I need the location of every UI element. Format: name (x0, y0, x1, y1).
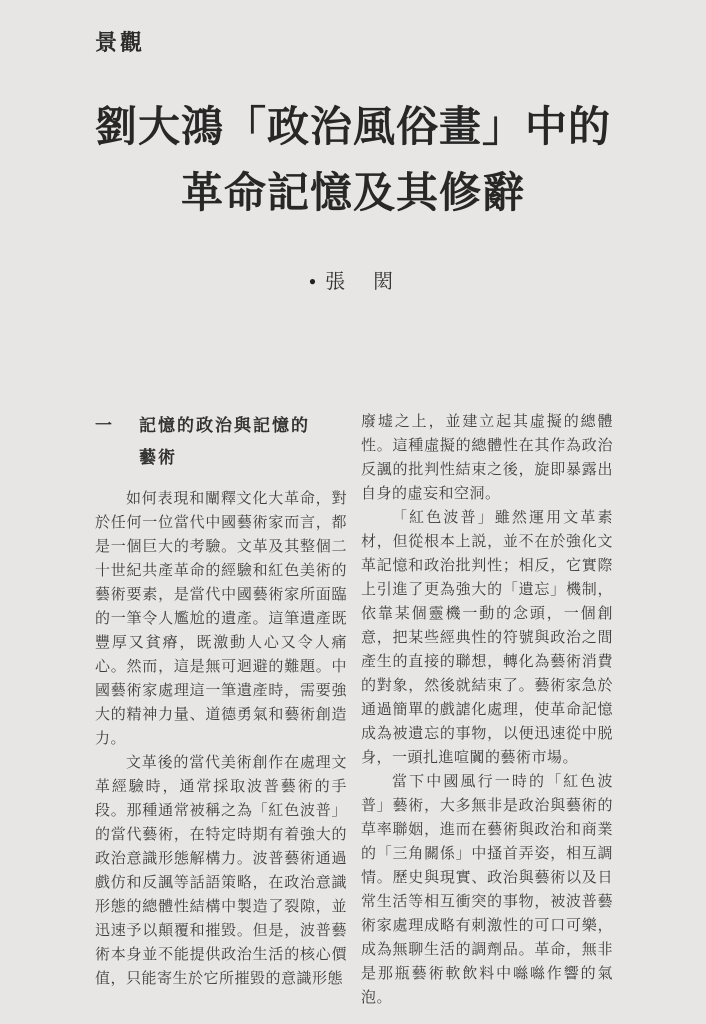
paragraph: 文革後的當代美術創作在處理文革經驗時，通常採取波普藝術的手段。那種通常被稱之為「… (95, 751, 347, 991)
article-title: 劉大鴻「政治風俗畫」中的 革命記憶及其修辭 (0, 95, 706, 227)
article-title-line-1: 劉大鴻「政治風俗畫」中的 (0, 95, 706, 161)
article-body: 一 記憶的政治與記憶的 藝術 如何表現和闡釋文化大革命，對於任何一位當代中國藝術… (95, 410, 613, 1010)
section-heading-number: 一 (95, 410, 139, 474)
right-column: 廢墟之上，並建立起其虛擬的總體性。這種虛擬的總體性在其作為政治反諷的批判性結束之… (361, 410, 613, 1010)
paragraph: 當下中國風行一時的「紅色波普」藝術，大多無非是政治與藝術的草率聯姻，進而在藝術與… (361, 770, 613, 1010)
author-line: ●張 閎 (0, 265, 706, 294)
author-bullet-icon: ● (309, 274, 316, 289)
section-heading-line-1: 記憶的政治與記憶的 (139, 410, 310, 442)
section-label: 景觀 (95, 26, 145, 57)
article-title-line-2: 革命記憶及其修辭 (0, 161, 706, 227)
paragraph: 「紅色波普」雖然運用文革素材，但從根本上説，並不在於強化文革記憶和政治批判性；相… (361, 506, 613, 770)
author-name: 張 閎 (325, 271, 397, 293)
left-column: 一 記憶的政治與記憶的 藝術 如何表現和闡釋文化大革命，對於任何一位當代中國藝術… (95, 410, 347, 1010)
section-heading: 一 記憶的政治與記憶的 藝術 (95, 410, 347, 474)
article-page: 景觀 劉大鴻「政治風俗畫」中的 革命記憶及其修辭 ●張 閎 一 記憶的政治與記憶… (0, 0, 706, 1024)
paragraph-continuation: 廢墟之上，並建立起其虛擬的總體性。這種虛擬的總體性在其作為政治反諷的批判性結束之… (361, 410, 613, 506)
section-heading-text: 記憶的政治與記憶的 藝術 (139, 410, 310, 474)
paragraph: 如何表現和闡釋文化大革命，對於任何一位當代中國藝術家而言，都是一個巨大的考驗。文… (95, 487, 347, 751)
section-heading-line-2: 藝術 (139, 442, 310, 474)
